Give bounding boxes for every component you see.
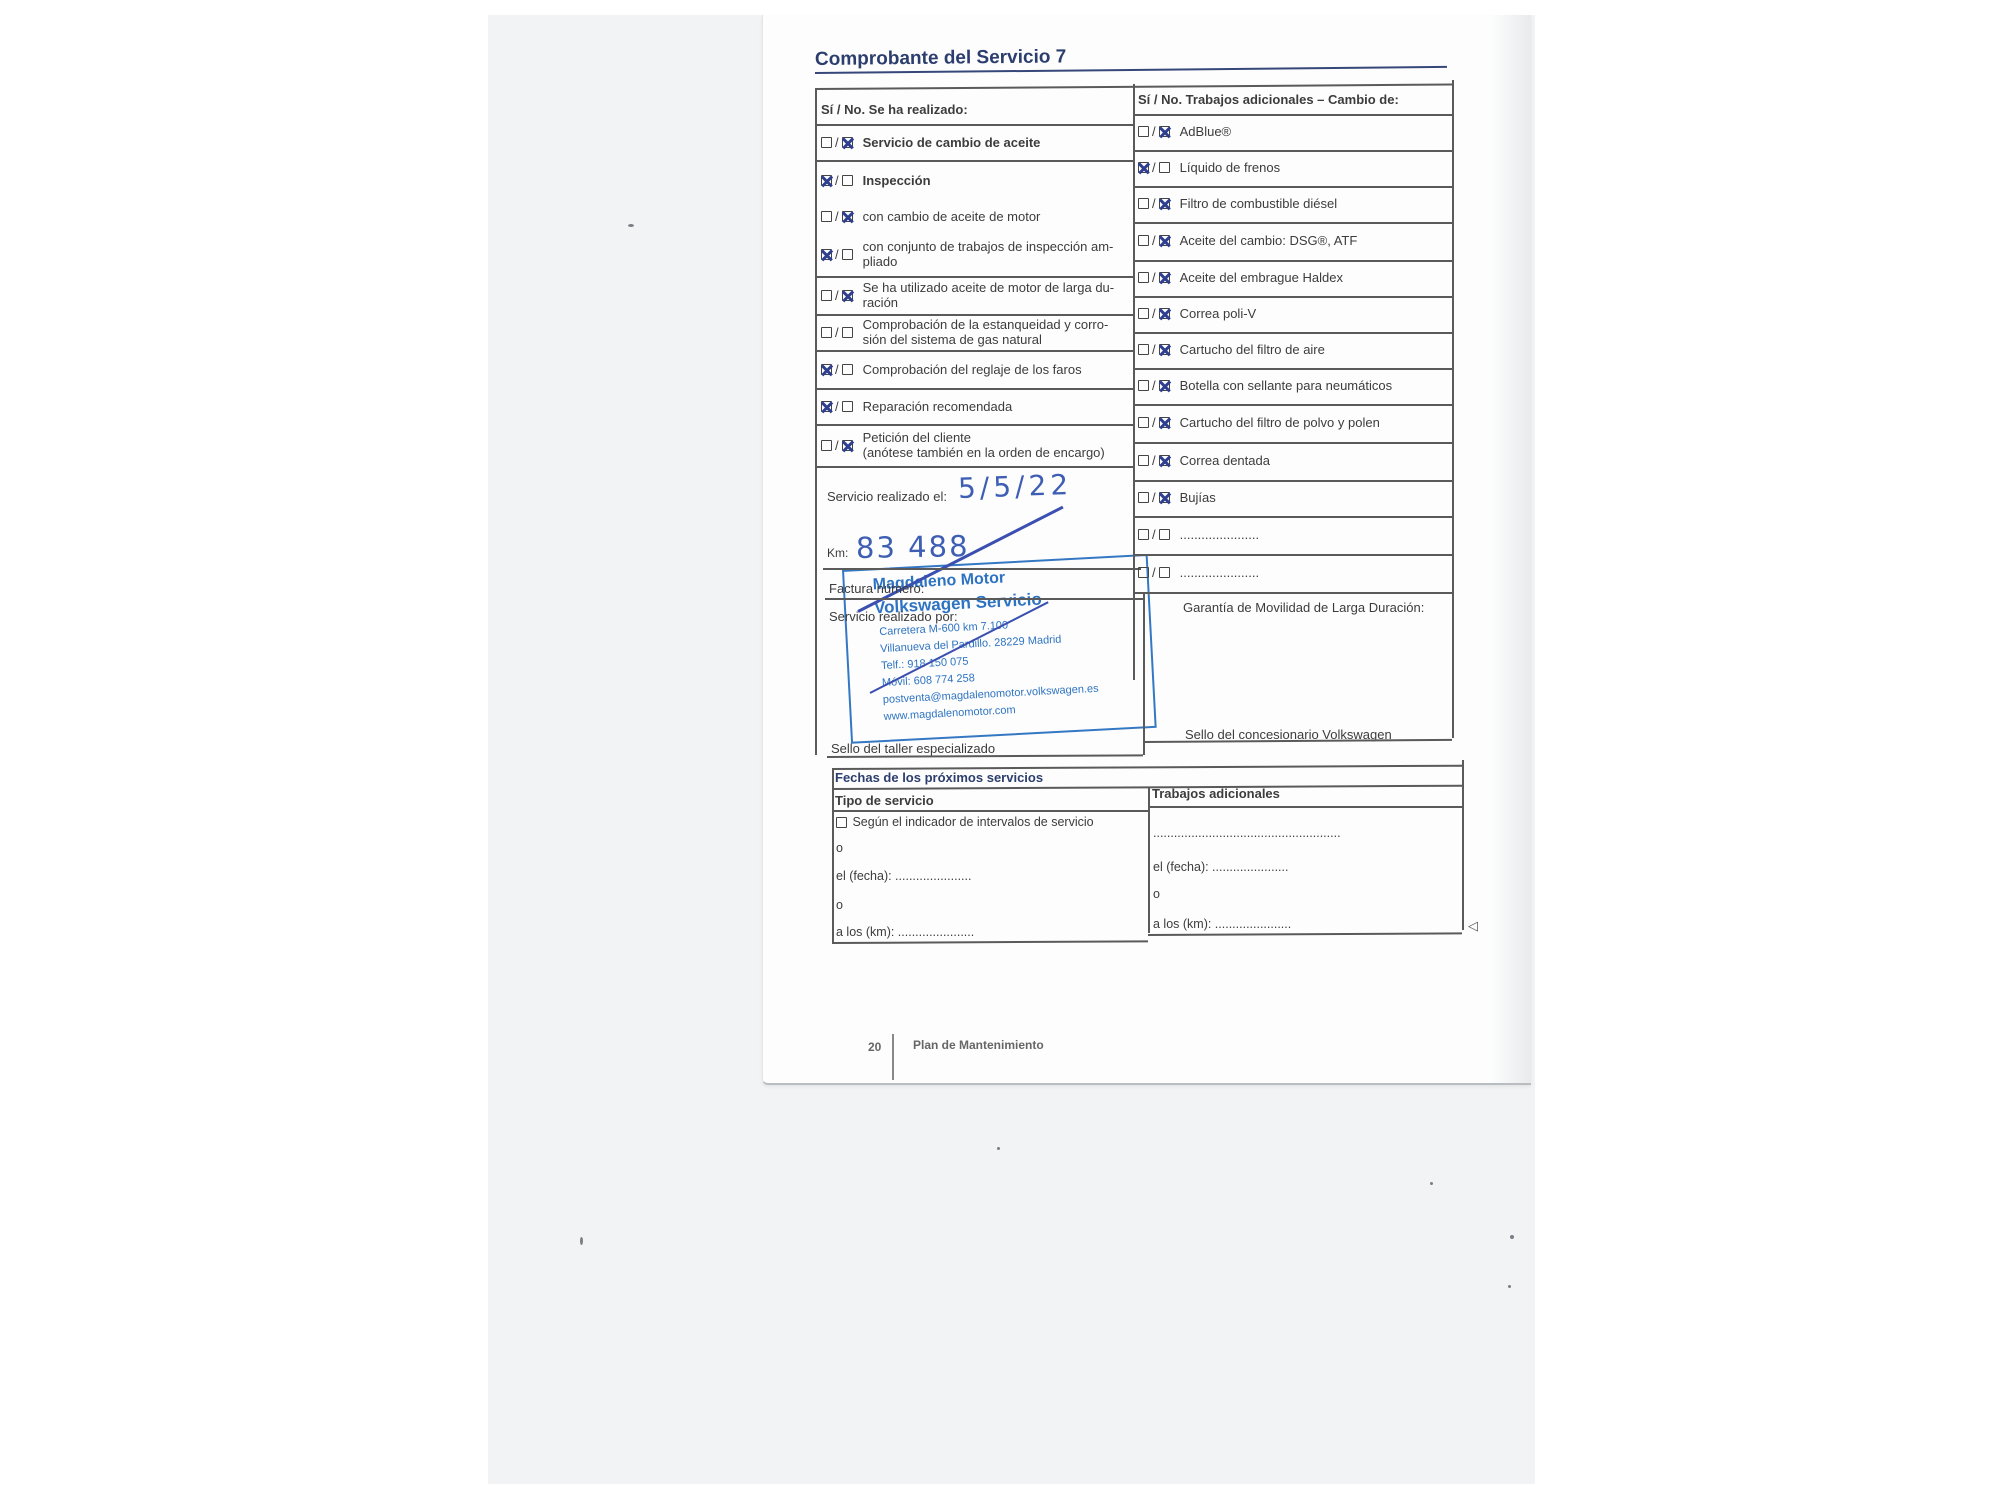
left-row-2-si-checkbox[interactable] bbox=[821, 211, 832, 222]
right-row-0-no-checkbox[interactable] bbox=[1159, 126, 1170, 137]
left-row-0-si-checkbox[interactable] bbox=[821, 137, 832, 148]
right-row-4-si-checkbox[interactable] bbox=[1138, 272, 1149, 283]
left-row-6-si-checkbox[interactable] bbox=[821, 364, 832, 375]
row-label: Inspección bbox=[863, 173, 931, 188]
service-interval-label: Según el indicador de intervalos de serv… bbox=[849, 815, 1094, 829]
right-row-12-si-checkbox[interactable] bbox=[1138, 567, 1149, 578]
triangle-marker-icon: ◁ bbox=[1468, 918, 1478, 934]
row-divider bbox=[815, 350, 1133, 352]
service-interval-checkbox[interactable] bbox=[836, 817, 847, 828]
table-border bbox=[815, 88, 817, 755]
right-row-10: /Bujías bbox=[1138, 488, 1216, 506]
left-row-1-no-checkbox[interactable] bbox=[842, 175, 853, 186]
row-divider bbox=[1133, 150, 1452, 152]
row-divider bbox=[1133, 114, 1452, 116]
separator: / bbox=[835, 209, 839, 224]
page-title: Comprobante del Servicio 7 bbox=[815, 46, 1067, 71]
row-divider bbox=[823, 568, 1141, 570]
separator: / bbox=[835, 288, 839, 303]
scan-speck bbox=[1508, 1285, 1511, 1288]
service-type-line-4: a los (km): ...................... bbox=[836, 925, 974, 939]
row-label: Filtro de combustible diésel bbox=[1180, 196, 1338, 211]
service-date-label: Servicio realizado el: bbox=[827, 489, 947, 504]
table-border bbox=[1462, 760, 1464, 930]
left-row-2-no-checkbox[interactable] bbox=[842, 211, 853, 222]
scan-speck bbox=[628, 224, 634, 227]
right-row-10-si-checkbox[interactable] bbox=[1138, 492, 1149, 503]
separator: / bbox=[1152, 378, 1156, 393]
row-label: ...................... bbox=[1180, 527, 1259, 542]
right-row-0-si-checkbox[interactable] bbox=[1138, 126, 1149, 137]
separator: / bbox=[835, 438, 839, 453]
right-row-3: /Aceite del cambio: DSG®, ATF bbox=[1138, 231, 1357, 249]
additional-work-line-0: ........................................… bbox=[1153, 826, 1341, 840]
right-row-10-no-checkbox[interactable] bbox=[1159, 492, 1170, 503]
service-type-line-0[interactable]: Según el indicador de intervalos de serv… bbox=[836, 815, 1094, 829]
table-border bbox=[832, 768, 834, 943]
separator: / bbox=[1152, 527, 1156, 542]
right-row-6-si-checkbox[interactable] bbox=[1138, 344, 1149, 355]
right-row-6: /Cartucho del filtro de aire bbox=[1138, 340, 1325, 358]
separator: / bbox=[1152, 565, 1156, 580]
row-divider bbox=[1133, 296, 1452, 298]
row-label: Servicio de cambio de aceite bbox=[863, 135, 1041, 150]
row-label: Petición del cliente(anótese también en … bbox=[863, 430, 1105, 460]
right-row-6-no-checkbox[interactable] bbox=[1159, 344, 1170, 355]
row-divider bbox=[1133, 554, 1452, 556]
row-divider bbox=[815, 424, 1133, 426]
separator: / bbox=[1152, 270, 1156, 285]
stamp-web: www.magdalenomotor.com bbox=[883, 704, 1016, 723]
left-row-8-si-checkbox[interactable] bbox=[821, 440, 832, 451]
row-label: Correa poli-V bbox=[1180, 306, 1257, 321]
right-row-5: /Correa poli-V bbox=[1138, 304, 1256, 322]
separator: / bbox=[1152, 342, 1156, 357]
left-row-3-no-checkbox[interactable] bbox=[842, 249, 853, 260]
left-row-5-no-checkbox[interactable] bbox=[842, 327, 853, 338]
row-label: Comprobación del reglaje de los faros bbox=[863, 362, 1082, 377]
row-divider bbox=[1133, 442, 1452, 444]
right-row-11: /...................... bbox=[1138, 525, 1259, 543]
scan-speck bbox=[580, 1237, 583, 1245]
row-divider bbox=[1133, 332, 1452, 334]
row-label: Aceite del embrague Haldex bbox=[1180, 270, 1343, 285]
row-divider bbox=[1133, 368, 1452, 370]
separator: / bbox=[835, 399, 839, 414]
row-divider bbox=[1133, 186, 1452, 188]
performed-by-label: Servicio realizado por: bbox=[829, 609, 958, 624]
separator: / bbox=[1152, 124, 1156, 139]
row-divider bbox=[1148, 806, 1462, 808]
separator: / bbox=[1152, 453, 1156, 468]
row-label: Cartucho del filtro de aire bbox=[1180, 342, 1325, 357]
left-row-4-no-checkbox[interactable] bbox=[842, 290, 853, 301]
left-row-6: /Comprobación del reglaje de los faros bbox=[821, 360, 1082, 378]
right-row-0: /AdBlue® bbox=[1138, 122, 1231, 140]
row-divider bbox=[815, 124, 1133, 126]
separator: / bbox=[1152, 160, 1156, 175]
separator: / bbox=[835, 325, 839, 340]
row-divider bbox=[815, 314, 1133, 316]
additional-work-line-2: o bbox=[1153, 887, 1160, 901]
right-row-2-si-checkbox[interactable] bbox=[1138, 198, 1149, 209]
right-row-3-no-checkbox[interactable] bbox=[1159, 235, 1170, 246]
right-row-12: /...................... bbox=[1138, 563, 1259, 581]
scan-speck bbox=[1510, 1235, 1514, 1239]
left-row-5: /Comprobación de la estanqueidad y corro… bbox=[821, 323, 1108, 341]
row-label: Botella con sellante para neumáticos bbox=[1180, 378, 1392, 393]
row-divider bbox=[1133, 592, 1452, 594]
right-row-1-no-checkbox[interactable] bbox=[1159, 162, 1170, 173]
right-row-4-no-checkbox[interactable] bbox=[1159, 272, 1170, 283]
right-row-12-no-checkbox[interactable] bbox=[1159, 567, 1170, 578]
footer-divider bbox=[892, 1034, 894, 1080]
right-row-1: /Líquido de frenos bbox=[1138, 158, 1280, 176]
scan-speck bbox=[997, 1147, 1000, 1150]
row-divider bbox=[815, 276, 1133, 278]
left-row-7: /Reparación recomendada bbox=[821, 397, 1012, 415]
left-row-0: /Servicio de cambio de aceite bbox=[821, 133, 1040, 151]
left-row-4-si-checkbox[interactable] bbox=[821, 290, 832, 301]
row-label: Correa dentada bbox=[1180, 453, 1270, 468]
right-row-7-si-checkbox[interactable] bbox=[1138, 380, 1149, 391]
row-label: AdBlue® bbox=[1180, 124, 1232, 139]
separator: / bbox=[1152, 306, 1156, 321]
separator: / bbox=[1152, 196, 1156, 211]
row-divider bbox=[1133, 222, 1452, 224]
row-label: Se ha utilizado aceite de motor de larga… bbox=[863, 280, 1115, 310]
column-divider bbox=[1148, 788, 1150, 933]
row-divider bbox=[1133, 404, 1452, 406]
row-label: Líquido de frenos bbox=[1180, 160, 1280, 175]
separator: / bbox=[1152, 415, 1156, 430]
left-row-0-no-checkbox[interactable] bbox=[842, 137, 853, 148]
right-row-11-no-checkbox[interactable] bbox=[1159, 529, 1170, 540]
separator: / bbox=[1152, 233, 1156, 248]
right-row-8: /Cartucho del filtro de polvo y polen bbox=[1138, 413, 1380, 431]
row-divider bbox=[815, 388, 1133, 390]
right-row-8-no-checkbox[interactable] bbox=[1159, 417, 1170, 428]
left-row-5-si-checkbox[interactable] bbox=[821, 327, 832, 338]
right-row-7: /Botella con sellante para neumáticos bbox=[1138, 376, 1392, 394]
workshop-stamp-label: Sello del taller especializado bbox=[831, 741, 995, 756]
row-label: Aceite del cambio: DSG®, ATF bbox=[1180, 233, 1358, 248]
left-row-2: /con cambio de aceite de motor bbox=[821, 207, 1040, 225]
left-row-6-no-checkbox[interactable] bbox=[842, 364, 853, 375]
left-row-1: /Inspección bbox=[821, 171, 931, 189]
row-label: Comprobación de la estanqueidad y corro-… bbox=[863, 317, 1109, 347]
row-label: con cambio de aceite de motor bbox=[863, 209, 1041, 224]
left-row-4: /Se ha utilizado aceite de motor de larg… bbox=[821, 286, 1114, 304]
row-divider bbox=[1133, 516, 1452, 518]
service-date-handwritten: 5/5/22 bbox=[957, 468, 1072, 505]
row-divider bbox=[815, 466, 1133, 468]
column-divider bbox=[1133, 84, 1135, 680]
right-row-2: /Filtro de combustible diésel bbox=[1138, 194, 1337, 212]
row-divider bbox=[1133, 480, 1452, 482]
scan-speck bbox=[1430, 1182, 1433, 1185]
separator: / bbox=[835, 247, 839, 262]
left-column-header: Sí / No. Se ha realizado: bbox=[821, 102, 968, 117]
right-row-5-si-checkbox[interactable] bbox=[1138, 308, 1149, 319]
column-divider bbox=[1143, 592, 1145, 755]
row-label: Bujías bbox=[1180, 490, 1216, 505]
left-row-8: /Petición del cliente(anótese también en… bbox=[821, 436, 1105, 454]
left-row-3: /con conjunto de trabajos de inspección … bbox=[821, 245, 1113, 263]
right-row-9-no-checkbox[interactable] bbox=[1159, 455, 1170, 466]
row-divider bbox=[825, 598, 1143, 600]
service-type-line-1: o bbox=[836, 841, 843, 855]
km-label: Km: bbox=[827, 546, 848, 560]
page-shade bbox=[1491, 15, 1531, 1083]
separator: / bbox=[835, 135, 839, 150]
footer-section-title: Plan de Mantenimiento bbox=[913, 1038, 1044, 1052]
stamp-address2: Villanueva del Pardillo. 28229 Madrid bbox=[880, 634, 1062, 655]
right-row-3-si-checkbox[interactable] bbox=[1138, 235, 1149, 246]
right-row-1-si-checkbox[interactable] bbox=[1138, 162, 1149, 173]
left-row-7-no-checkbox[interactable] bbox=[842, 401, 853, 412]
separator: / bbox=[1152, 490, 1156, 505]
separator: / bbox=[835, 173, 839, 188]
right-row-9-si-checkbox[interactable] bbox=[1138, 455, 1149, 466]
service-type-line-2: el (fecha): ...................... bbox=[836, 869, 971, 883]
right-row-9: /Correa dentada bbox=[1138, 451, 1270, 469]
page-number: 20 bbox=[868, 1040, 881, 1054]
left-row-3-si-checkbox[interactable] bbox=[821, 249, 832, 260]
table-border bbox=[1452, 80, 1454, 738]
col-additional-work-header: Trabajos adicionales bbox=[1152, 786, 1280, 801]
km-handwritten: 83 488 bbox=[856, 529, 970, 565]
invoice-number-field[interactable]: Factura número: bbox=[829, 581, 924, 596]
right-row-8-si-checkbox[interactable] bbox=[1138, 417, 1149, 428]
row-label: Reparación recomendada bbox=[863, 399, 1013, 414]
additional-work-line-1: el (fecha): ...................... bbox=[1153, 860, 1288, 874]
right-row-2-no-checkbox[interactable] bbox=[1159, 198, 1170, 209]
right-column-header: Sí / No. Trabajos adicionales – Cambio d… bbox=[1138, 92, 1399, 107]
service-type-line-3: o bbox=[836, 898, 843, 912]
right-row-4: /Aceite del embrague Haldex bbox=[1138, 268, 1343, 286]
left-row-1-si-checkbox[interactable] bbox=[821, 175, 832, 186]
row-divider bbox=[832, 810, 1148, 812]
row-divider bbox=[815, 160, 1133, 162]
row-label: Cartucho del filtro de polvo y polen bbox=[1180, 415, 1380, 430]
right-row-7-no-checkbox[interactable] bbox=[1159, 380, 1170, 391]
additional-work-line-3: a los (km): ...................... bbox=[1153, 917, 1291, 931]
left-row-7-si-checkbox[interactable] bbox=[821, 401, 832, 412]
right-row-11-si-checkbox[interactable] bbox=[1138, 529, 1149, 540]
separator: / bbox=[835, 362, 839, 377]
warranty-label: Garantía de Movilidad de Larga Duración: bbox=[1183, 600, 1424, 615]
row-label: con conjunto de trabajos de inspección a… bbox=[863, 239, 1114, 269]
next-services-title: Fechas de los próximos servicios bbox=[835, 770, 1043, 785]
left-row-8-no-checkbox[interactable] bbox=[842, 440, 853, 451]
row-label: ...................... bbox=[1180, 565, 1259, 580]
col-service-type-header: Tipo de servicio bbox=[835, 793, 934, 808]
right-row-5-no-checkbox[interactable] bbox=[1159, 308, 1170, 319]
row-divider bbox=[1133, 260, 1452, 262]
